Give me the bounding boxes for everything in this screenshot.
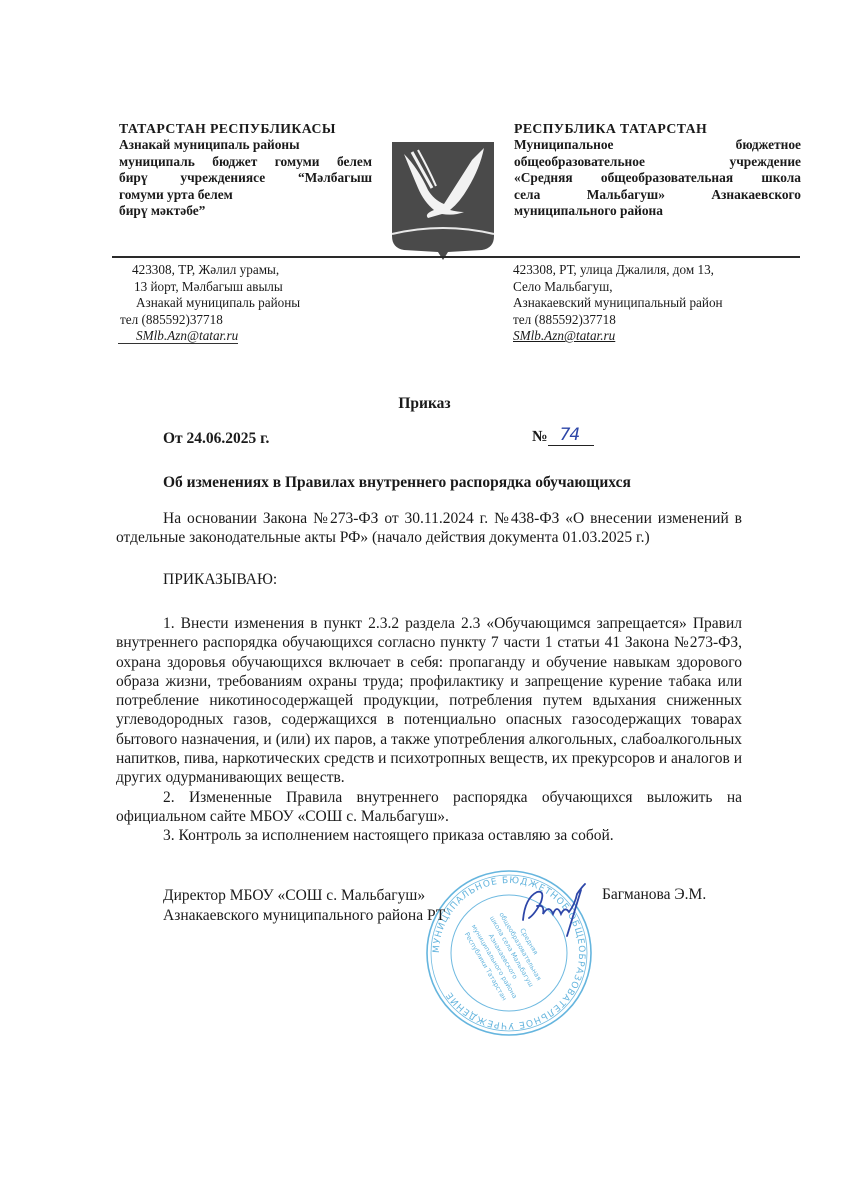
email-link[interactable]: SMlb.Azn@tatar.ru xyxy=(513,328,723,345)
header-divider xyxy=(112,256,800,258)
address-email[interactable]: SMlb.Azn@tatar.ru xyxy=(116,328,300,345)
order-number-handwritten: 74 xyxy=(560,425,580,445)
signatory-position-line: Директор МБОУ «СОШ с. Мальбагуш» xyxy=(163,886,445,906)
signatory-position: Директор МБОУ «СОШ с. Мальбагуш» Азнакае… xyxy=(163,886,445,925)
address-line: Азнакай муниципаль районы xyxy=(116,295,300,312)
order-items: 1. Внести изменения в пункт 2.3.2 раздел… xyxy=(116,614,742,846)
number-sign: № xyxy=(532,428,548,445)
header-tatar-line: гомуми урта белем xyxy=(119,187,372,203)
header-tatar-block: ТАТАРСТАН РЕСПУБЛИКАСЫ Азнакай муниципал… xyxy=(119,121,372,219)
header-russian-line: Муниципальное бюджетное xyxy=(514,137,801,153)
address-line: 423308, РТ, улица Джалиля, дом 13, xyxy=(513,262,723,279)
document-title: Приказ xyxy=(0,395,849,413)
header-tatar-line: бирү мәктәбе” xyxy=(119,203,372,219)
order-date: От 24.06.2025 г. xyxy=(163,430,269,448)
header-tatar-line: муниципаль бюджет гомуми белем xyxy=(119,154,372,170)
address-line: 13 йорт, Мәлбагыш авылы xyxy=(116,279,300,296)
header-tatar-line: Азнакай муниципаль районы xyxy=(119,137,372,153)
order-subject: Об изменениях в Правилах внутреннего рас… xyxy=(163,474,631,492)
order-basis: На основании Закона №273-ФЗ от 30.11.202… xyxy=(116,509,742,548)
order-item: 3. Контроль за исполнением настоящего пр… xyxy=(116,826,742,845)
header-russian-line: общеобразовательное учреждение xyxy=(514,154,801,170)
header-russian-title: РЕСПУБЛИКА ТАТАРСТАН xyxy=(514,121,801,137)
order-number: №74 xyxy=(532,428,594,446)
address-phone: тел (885592)37718 xyxy=(116,312,300,329)
header-russian-line: «Средняя общеобразовательная школа xyxy=(514,170,801,186)
header-russian-line: села Мальбагуш» Азнакаевского xyxy=(514,187,801,203)
header-russian-line: муниципального района xyxy=(514,203,801,219)
order-item: 1. Внести изменения в пункт 2.3.2 раздел… xyxy=(116,614,742,788)
address-phone: тел (885592)37718 xyxy=(513,312,723,329)
header-tatar-title: ТАТАРСТАН РЕСПУБЛИКАСЫ xyxy=(119,121,372,137)
header-tatar-line: бирү учреждениясе “Мәлбагыш xyxy=(119,170,372,186)
address-line: Азнакаевский муниципальный район xyxy=(513,295,723,312)
signatory-name: Багманова Э.М. xyxy=(602,886,706,904)
order-command: ПРИКАЗЫВАЮ: xyxy=(163,571,277,589)
address-line: Село Мальбагуш, xyxy=(513,279,723,296)
email-link[interactable]: SMlb.Azn@tatar.ru xyxy=(118,328,238,344)
signatory-position-line: Азнакаевского муниципального района РТ xyxy=(163,906,445,926)
handwritten-signature xyxy=(515,880,595,940)
address-russian: 423308, РТ, улица Джалиля, дом 13, Село … xyxy=(513,262,723,345)
address-tatar: 423308, ТР, Жәлил урамы, 13 йорт, Мәлбаг… xyxy=(116,262,300,345)
address-line: 423308, ТР, Жәлил урамы, xyxy=(116,262,300,279)
order-item: 2. Измененные Правила внутреннего распор… xyxy=(116,788,742,827)
eagle-coat-of-arms-icon xyxy=(388,138,498,262)
header-russian-block: РЕСПУБЛИКА ТАТАРСТАН Муниципальное бюдже… xyxy=(514,121,801,219)
